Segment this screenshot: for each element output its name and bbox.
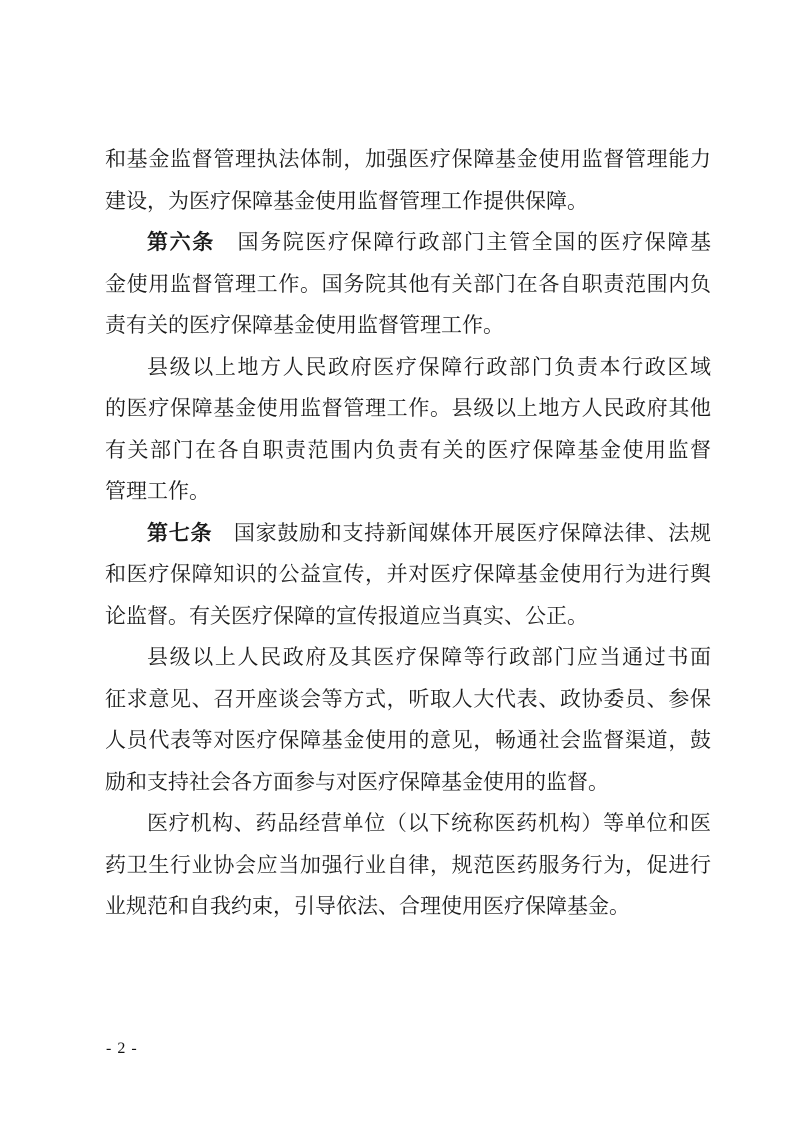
text-run: 有关部门在各自职责范围内负责有关的医疗保障基金使用监督 [105, 438, 711, 462]
article-number: 第七条 [147, 521, 212, 545]
text-run: 的医疗保障基金使用监督管理工作。县级以上地方人民政府其他 [105, 396, 711, 420]
text-line: 药卫生行业协会应当加强行业自律，规范医药服务行为，促进行 [105, 845, 711, 887]
text-line: 征求意见、召开座谈会等方式，听取人大代表、政协委员、参保 [105, 679, 711, 721]
text-run: 建设，为医疗保障基金使用监督管理工作提供保障。 [105, 189, 588, 213]
text-line: 医疗机构、药品经营单位（以下统称医药机构）等单位和医 [105, 803, 711, 845]
text-line: 金使用监督管理工作。国务院其他有关部门在各自职责范围内负 [105, 264, 711, 306]
text-run: 人员代表等对医疗保障基金使用的意见，畅通社会监督渠道，鼓 [105, 728, 711, 752]
text-line-article-7: 第七条 国家鼓励和支持新闻媒体开展医疗保障法律、法规 [105, 513, 711, 555]
text-run: 励和支持社会各方面参与对医疗保障基金使用的监督。 [105, 770, 609, 794]
text-run: 征求意见、召开座谈会等方式，听取人大代表、政协委员、参保 [105, 687, 711, 711]
text-line: 有关部门在各自职责范围内负责有关的医疗保障基金使用监督 [105, 430, 711, 472]
text-line: 和医疗保障知识的公益宣传，并对医疗保障基金使用行为进行舆 [105, 554, 711, 596]
text-run: 医疗机构、药品经营单位（以下统称医药机构）等单位和医 [147, 811, 711, 835]
text-run: 责有关的医疗保障基金使用监督管理工作。 [105, 313, 504, 337]
text-line-article-6: 第六条 国务院医疗保障行政部门主管全国的医疗保障基 [105, 222, 711, 264]
text-run: 业规范和自我约束，引导依法、合理使用医疗保障基金。 [105, 894, 630, 918]
article-number: 第六条 [147, 230, 215, 254]
text-line: 管理工作。 [105, 471, 711, 513]
text-line: 人员代表等对医疗保障基金使用的意见，畅通社会监督渠道，鼓 [105, 720, 711, 762]
text-run: 国家鼓励和支持新闻媒体开展医疗保障法律、法规 [212, 521, 711, 545]
text-run: 县级以上地方人民政府医疗保障行政部门负责本行政区域 [147, 355, 711, 379]
text-line: 业规范和自我约束，引导依法、合理使用医疗保障基金。 [105, 886, 711, 928]
document-body: 和基金监督管理执法体制，加强医疗保障基金使用监督管理能力 建设，为医疗保障基金使… [105, 139, 711, 928]
text-line: 建设，为医疗保障基金使用监督管理工作提供保障。 [105, 181, 711, 223]
text-run: 国务院医疗保障行政部门主管全国的医疗保障基 [215, 230, 711, 254]
text-line: 县级以上地方人民政府医疗保障行政部门负责本行政区域 [105, 347, 711, 389]
text-line: 励和支持社会各方面参与对医疗保障基金使用的监督。 [105, 762, 711, 804]
text-line: 论监督。有关医疗保障的宣传报道应当真实、公正。 [105, 596, 711, 638]
text-run: 金使用监督管理工作。国务院其他有关部门在各自职责范围内负 [105, 272, 711, 296]
text-run: 和医疗保障知识的公益宣传，并对医疗保障基金使用行为进行舆 [105, 562, 711, 586]
text-run: 和基金监督管理执法体制，加强医疗保障基金使用监督管理能力 [105, 147, 711, 171]
text-line: 县级以上人民政府及其医疗保障等行政部门应当通过书面 [105, 637, 711, 679]
text-run: 县级以上人民政府及其医疗保障等行政部门应当通过书面 [147, 645, 711, 669]
text-line: 的医疗保障基金使用监督管理工作。县级以上地方人民政府其他 [105, 388, 711, 430]
footer-page-number: - 2 - [106, 1040, 138, 1058]
text-line: 责有关的医疗保障基金使用监督管理工作。 [105, 305, 711, 347]
document-page: 和基金监督管理执法体制，加强医疗保障基金使用监督管理能力 建设，为医疗保障基金使… [0, 0, 793, 1122]
text-run: 管理工作。 [105, 479, 210, 503]
text-line: 和基金监督管理执法体制，加强医疗保障基金使用监督管理能力 [105, 139, 711, 181]
text-run: 论监督。有关医疗保障的宣传报道应当真实、公正。 [105, 604, 588, 628]
text-run: 药卫生行业协会应当加强行业自律，规范医药服务行为，促进行 [105, 853, 711, 877]
